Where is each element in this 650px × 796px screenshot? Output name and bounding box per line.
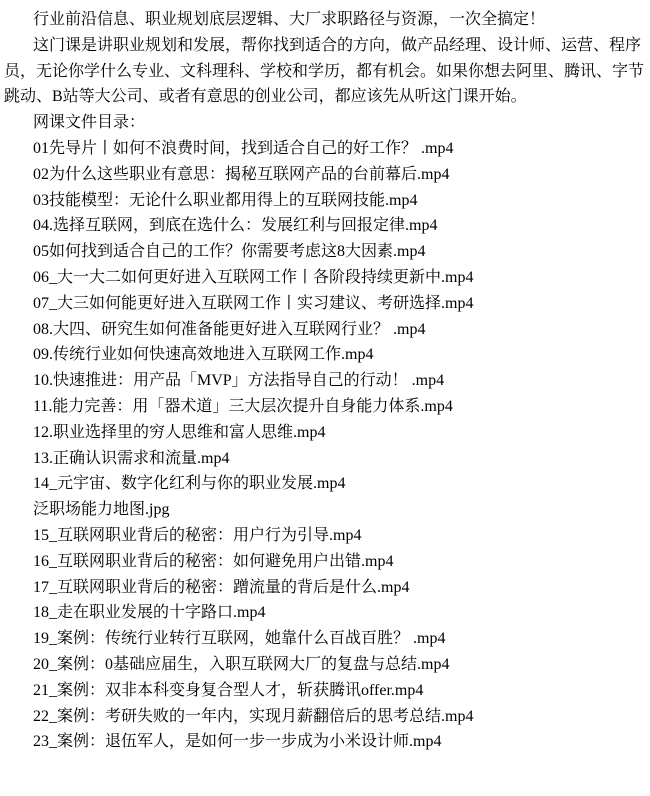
file-list-item: 04.选择互联网，到底在选什么：发展红利与回报定律.mp4	[4, 213, 646, 239]
file-list-item: 21_案例：双非本科变身复合型人才，斩获腾讯offer.mp4	[4, 678, 646, 704]
file-list-item: 06_大一大二如何更好进入互联网工作丨各阶段持续更新中.mp4	[4, 265, 646, 291]
file-list-item: 22_案例：考研失败的一年内，实现月薪翻倍后的思考总结.mp4	[4, 704, 646, 730]
file-list-item: 10.快速推进：用产品「MVP」方法指导自己的行动！ .mp4	[4, 368, 646, 394]
file-list-item: 09.传统行业如何快速高效地进入互联网工作.mp4	[4, 342, 646, 368]
file-list-item: 16_互联网职业背后的秘密：如何避免用户出错.mp4	[4, 549, 646, 575]
file-list-item: 15_互联网职业背后的秘密：用户行为引导.mp4	[4, 523, 646, 549]
file-list: 01先导片丨如何不浪费时间，找到适合自己的好工作？ .mp402为什么这些职业有…	[4, 136, 646, 755]
file-list-item: 02为什么这些职业有意思：揭秘互联网产品的台前幕后.mp4	[4, 162, 646, 188]
file-list-item: 14_元宇宙、数字化红利与你的职业发展.mp4	[4, 471, 646, 497]
file-list-item: 11.能力完善：用「器术道」三大层次提升自身能力体系.mp4	[4, 394, 646, 420]
file-list-item: 20_案例：0基础应届生，入职互联网大厂的复盘与总结.mp4	[4, 652, 646, 678]
file-list-item: 12.职业选择里的穷人思维和富人思维.mp4	[4, 420, 646, 446]
file-list-item: 05如何找到适合自己的工作？你需要考虑这8大因素.mp4	[4, 239, 646, 265]
file-list-item: 19_案例：传统行业转行互联网，她靠什么百战百胜？ .mp4	[4, 626, 646, 652]
document-page: 行业前沿信息、职业规划底层逻辑、大厂求职路径与资源，一次全搞定！ 这门课是讲职业…	[0, 0, 650, 796]
file-list-item: 07_大三如何能更好进入互联网工作丨实习建议、考研选择.mp4	[4, 291, 646, 317]
file-list-item: 23_案例：退伍军人，是如何一步一步成为小米设计师.mp4	[4, 729, 646, 755]
file-list-item: 03技能模型：无论什么职业都用得上的互联网技能.mp4	[4, 188, 646, 214]
file-list-item: 泛职场能力地图.jpg	[4, 497, 646, 523]
file-list-item: 01先导片丨如何不浪费时间，找到适合自己的好工作？ .mp4	[4, 136, 646, 162]
course-headline: 行业前沿信息、职业规划底层逻辑、大厂求职路径与资源，一次全搞定！	[4, 7, 646, 33]
file-list-item: 13.正确认识需求和流量.mp4	[4, 446, 646, 472]
file-list-item: 08.大四、研究生如何准备能更好进入互联网行业？ .mp4	[4, 317, 646, 343]
file-list-item: 18_走在职业发展的十字路口.mp4	[4, 600, 646, 626]
catalog-heading: 网课文件目录：	[4, 110, 646, 136]
file-list-item: 17_互联网职业背后的秘密：蹭流量的背后是什么.mp4	[4, 575, 646, 601]
course-description: 这门课是讲职业规划和发展，帮你找到适合的方向，做产品经理、设计师、运营、程序员，…	[4, 33, 646, 110]
